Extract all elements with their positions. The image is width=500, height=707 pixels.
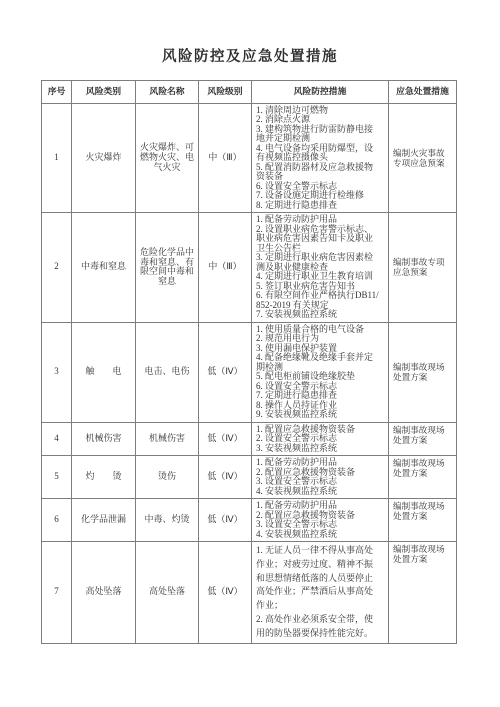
column-header-emergency: 应急处置措施 [389,81,457,104]
cell-measures: 1. 无证人员一律不得从事高处作业；对疲劳过度、精神不振和思想情绪低落的人员要停… [252,542,389,644]
cell-level: 低（Ⅳ） [199,456,252,499]
cell-level: 低（Ⅳ） [199,542,252,644]
cell-measures: 1. 配备劳动防护用品 2. 配置应急救援物资装备 3. 设置安全警示标志 4.… [252,456,389,499]
cell-no: 5 [42,456,72,499]
cell-no: 6 [42,499,72,542]
cell-emergency: 编制事故现场处置方案 [389,322,457,422]
cell-no: 7 [42,542,72,644]
cell-emergency: 编制事故现场处置方案 [389,499,457,542]
cell-measures: 1. 配置应急救援物资装备 2. 设置安全警示标志 3. 安装视频监控系统 [252,422,389,456]
table-row: 2 中毒和窒息 危险化学品中毒和窒息、有限空间中毒和窒息 中（Ⅲ） 1. 配备劳… [42,213,457,323]
table-row: 5 灼 烫 烫伤 低（Ⅳ） 1. 配备劳动防护用品 2. 配置应急救援物资装备 … [42,456,457,499]
cell-category: 灼 烫 [72,456,136,499]
table-header-row: 序号 风险类别 风险名称 风险级别 风险防控措施 应急处置措施 [42,81,457,104]
cell-no: 2 [42,213,72,323]
cell-category: 机械伤害 [72,422,136,456]
column-header-level: 风险级别 [199,81,252,104]
cell-measures: 1. 配备劳动防护用品 2. 配置应急救援物资装备 3. 设置安全警示标志 4.… [252,499,389,542]
cell-emergency: 编制事故现场处置方案 [389,422,457,456]
table-row: 3 触 电 电击、电伤 低（Ⅳ） 1. 使用质量合格的电气设备 2. 规范用电行… [42,322,457,422]
column-header-no: 序号 [42,81,72,104]
cell-level: 中（Ⅲ） [199,213,252,323]
table-row: 7 高处坠落 高处坠落 低（Ⅳ） 1. 无证人员一律不得从事高处作业；对疲劳过度… [42,542,457,644]
cell-name: 烫伤 [136,456,199,499]
cell-category: 中毒和窒息 [72,213,136,323]
cell-measures: 1. 配备劳动防护用品 2. 设置职业病危害警示标志、职业病危害因素告知卡及职业… [252,213,389,323]
cell-name: 火灾爆炸、可燃物火灾、电气火灾 [136,103,199,213]
document-page: 风险防控及应急处置措施 序号 风险类别 风险名称 风险级别 风险防控措施 应急处… [0,0,500,707]
cell-name: 机械伤害 [136,422,199,456]
cell-level: 低（Ⅳ） [199,499,252,542]
cell-category: 化学品泄漏 [72,499,136,542]
table-row: 4 机械伤害 机械伤害 低（Ⅳ） 1. 配置应急救援物资装备 2. 设置安全警示… [42,422,457,456]
table-row: 1 火灾爆炸 火灾爆炸、可燃物火灾、电气火灾 中（Ⅲ） 1. 清除周边可燃物 2… [42,103,457,213]
cell-emergency: 编制事故现场处置方案 [389,456,457,499]
cell-measures: 1. 清除周边可燃物 2. 消除点火源 3. 建构筑物进行防雷防静电接地并定期检… [252,103,389,213]
cell-emergency: 编制事故现场处置方案 [389,542,457,644]
column-header-measures: 风险防控措施 [252,81,389,104]
column-header-category: 风险类别 [72,81,136,104]
cell-no: 4 [42,422,72,456]
column-header-name: 风险名称 [136,81,199,104]
cell-name: 中毒、灼烫 [136,499,199,542]
cell-measures: 1. 使用质量合格的电气设备 2. 规范用电行为 3. 使用漏电保护装置 4. … [252,322,389,422]
cell-name: 危险化学品中毒和窒息、有限空间中毒和窒息 [136,213,199,323]
cell-no: 1 [42,103,72,213]
cell-category: 触 电 [72,322,136,422]
cell-emergency: 编制事故专项应急预案 [389,213,457,323]
page-title: 风险防控及应急处置措施 [0,0,500,66]
cell-emergency: 编制火灾事故专项应急预案 [389,103,457,213]
cell-level: 中（Ⅲ） [199,103,252,213]
cell-category: 火灾爆炸 [72,103,136,213]
cell-name: 高处坠落 [136,542,199,644]
cell-name: 电击、电伤 [136,322,199,422]
cell-no: 3 [42,322,72,422]
risk-table: 序号 风险类别 风险名称 风险级别 风险防控措施 应急处置措施 1 火灾爆炸 火… [41,80,457,644]
table-row: 6 化学品泄漏 中毒、灼烫 低（Ⅳ） 1. 配备劳动防护用品 2. 配置应急救援… [42,499,457,542]
cell-category: 高处坠落 [72,542,136,644]
cell-level: 低（Ⅳ） [199,422,252,456]
cell-level: 低（Ⅳ） [199,322,252,422]
